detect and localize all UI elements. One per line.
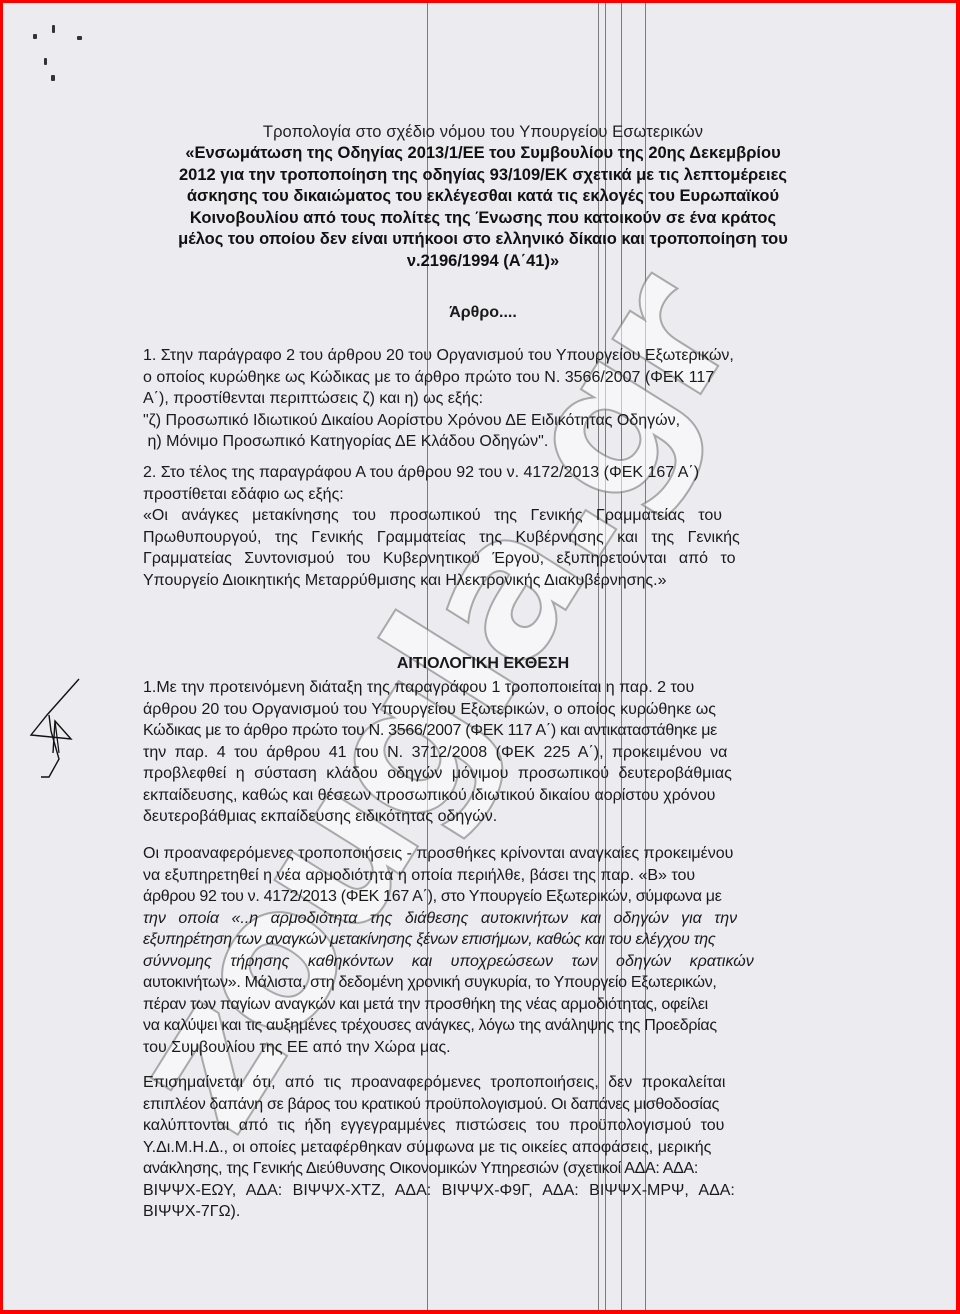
- text-line: εξυπηρέτηση των αναγκών μετακίνησης ξένω…: [143, 929, 798, 951]
- bill-title-line: ν.2196/1994 (Α΄41)»: [103, 251, 863, 273]
- text-line: Υ.Δι.Μ.Η.Δ., οι οποίες μεταφέρθηκαν σύμφ…: [143, 1137, 798, 1159]
- text-line: «Οι ανάγκες μετακίνησης του προσωπικού τ…: [143, 505, 798, 527]
- scan-speck: [51, 75, 55, 81]
- bill-title-line: μέλος του οποίου δεν είναι υπήκοοι στο ε…: [103, 229, 863, 251]
- text-line: άρθρου 20 του Οργανισμού του Υπουργείου …: [143, 699, 798, 721]
- text-line: ανάκλησης, της Γενικής Διεύθυνσης Οικονο…: [143, 1158, 798, 1180]
- text-line: 2. Στο τέλος της παραγράφου Α του άρθρου…: [143, 462, 798, 484]
- text-line: προβλεφθεί η σύσταση κλάδου οδηγών μόνιμ…: [143, 763, 798, 785]
- text-line: ΒΙΨΨΧ-ΕΩΥ, ΑΔΑ: ΒΙΨΨΧ-ΧΤΖ, ΑΔΑ: ΒΙΨΨΧ-Φ9…: [143, 1180, 798, 1202]
- text-line: Γραμματείας Συντονισμού του Κυβερνητικού…: [143, 548, 798, 570]
- text-line: 1. Στην παράγραφο 2 του άρθρου 20 του Ορ…: [143, 345, 798, 367]
- signature-mark: [29, 673, 89, 783]
- text-line: "ζ) Προσωπικό Ιδιωτικού Δικαίου Αορίστου…: [143, 410, 798, 432]
- document-title-block: Τροπολογία στο σχέδιο νόμου του Υπουργεί…: [103, 121, 863, 272]
- scan-speck: [44, 58, 47, 65]
- text-line: Α΄), προστίθενται περιπτώσεις ζ) και η) …: [143, 388, 798, 410]
- text-line: Υπουργείο Διοικητικής Μεταρρύθμισης και …: [143, 570, 798, 592]
- text-line: δευτεροβάθμιας εκπαίδευσης ειδικότητας ο…: [143, 806, 798, 828]
- text-line: πέραν των παγίων αναγκών και μετά την πρ…: [143, 994, 798, 1016]
- scan-speck: [33, 34, 37, 39]
- text-line: αυτοκινήτων». Μάλιστα, στη δεδομένη χρον…: [143, 972, 798, 994]
- article-paragraph-2: 2. Στο τέλος της παραγράφου Α του άρθρου…: [143, 462, 798, 591]
- text-line: ο οποίος κυρώθηκε ως Κώδικας με το άρθρο…: [143, 367, 798, 389]
- article-heading: Άρθρο....: [3, 304, 960, 322]
- bill-title-line: «Ενσωμάτωση της Οδηγίας 2013/1/ΕΕ του Συ…: [103, 143, 863, 165]
- text-line: εκπαίδευσης, καθώς και θέσεων προσωπικού…: [143, 785, 798, 807]
- text-line: να καλύψει και τις αυξημένες τρέχουσες α…: [143, 1015, 798, 1037]
- text-line: Επισημαίνεται ότι, από τις προαναφερόμεν…: [143, 1072, 798, 1094]
- explanatory-report-heading: ΑΙΤΙΟΛΟΓΙΚΗ ΕΚΘΕΣΗ: [3, 655, 960, 673]
- text-line: του Συμβουλίου της ΕΕ από την Χώρα μας.: [143, 1037, 798, 1059]
- text-line: ΒΙΨΨΧ-7ΓΩ).: [143, 1201, 798, 1223]
- bill-title-line: άσκησης του δικαιώματος του εκλέγεσθαι κ…: [103, 186, 863, 208]
- text-line: 1.Με την προτεινόμενη διάταξη της παραγρ…: [143, 677, 798, 699]
- text-line: να εξυπηρετηθεί η νέα αρμοδιότητα η οποί…: [143, 865, 798, 887]
- scan-speck: [52, 25, 55, 33]
- text-line: Κώδικας με το άρθρο πρώτο του Ν. 3566/20…: [143, 720, 798, 742]
- bill-title-line: 2012 για την τροποποίηση της οδηγίας 93/…: [103, 165, 863, 187]
- text-line: επιπλέον δαπάνη σε βάρος του κρατικού πρ…: [143, 1094, 798, 1116]
- report-paragraph-1: 1.Με την προτεινόμενη διάταξη της παραγρ…: [143, 677, 798, 828]
- text-line: σύννομης τήρησης καθηκόντων και υποχρεώσ…: [143, 951, 798, 973]
- text-line: την οποία «..η αρμοδιότητα της διάθεσης …: [143, 908, 798, 930]
- text-line: προστίθεται εδάφιο ως εξής:: [143, 484, 798, 506]
- text-line: η) Μόνιμο Προσωπικό Κατηγορίας ΔΕ Κλάδου…: [143, 431, 798, 453]
- scan-speck: [77, 36, 82, 40]
- text-line: Πρωθυπουργού, της Γενικής Γραμματείας τη…: [143, 527, 798, 549]
- text-line: καλύπτονται από τις ήδη εγγεγραμμένες πι…: [143, 1115, 798, 1137]
- bill-title-line: Κοινοβουλίου από τους πολίτες της Ένωσης…: [103, 208, 863, 230]
- document-frame: zougla.gr Τροπολογία στο σχέδιο νόμου το…: [0, 0, 960, 1314]
- article-paragraph-1: 1. Στην παράγραφο 2 του άρθρου 20 του Ορ…: [143, 345, 798, 453]
- text-line: την παρ. 4 του άρθρου 41 του Ν. 3712/200…: [143, 742, 798, 764]
- report-paragraph-2: Οι προαναφερόμενες τροποποιήσεις - προσθ…: [143, 843, 798, 1058]
- document-title-line: Τροπολογία στο σχέδιο νόμου του Υπουργεί…: [103, 121, 863, 143]
- text-line: άρθρου 92 του ν. 4172/2013 (ΦΕΚ 167 Α΄),…: [143, 886, 798, 908]
- report-paragraph-3: Επισημαίνεται ότι, από τις προαναφερόμεν…: [143, 1072, 798, 1223]
- text-line: Οι προαναφερόμενες τροποποιήσεις - προσθ…: [143, 843, 798, 865]
